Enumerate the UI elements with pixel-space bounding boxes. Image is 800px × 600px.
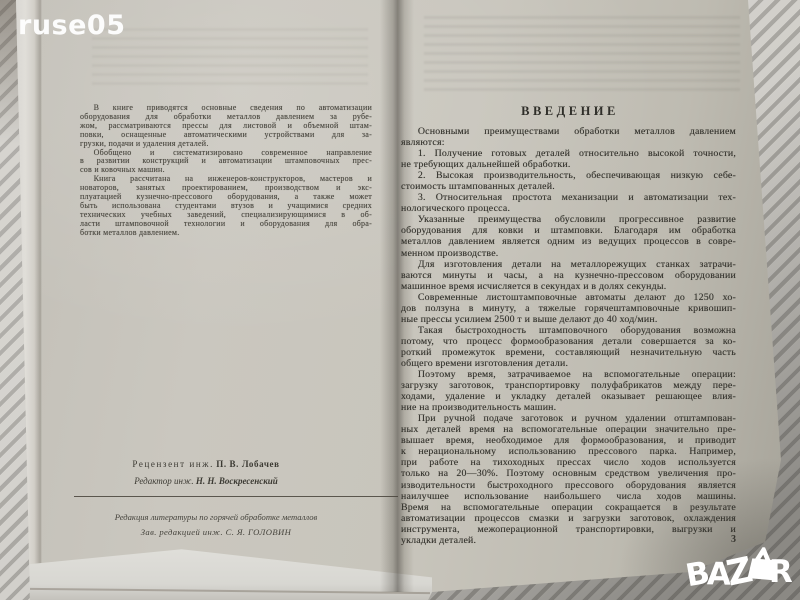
text-line: При ручной подаче заготовок и ручном уда… [401,413,736,424]
text-line: роткий промежуток времени, составляющий … [401,347,736,358]
editorial-head-line: Зав. редакцией инж. С. Я. ГОЛОВИН [66,527,366,537]
introduction-text: Основными преимуществами обработки метал… [401,126,736,546]
text-line: ние на производительность машин. [401,402,736,413]
text-line: являются: [401,137,736,148]
text-line: Для изготовления детали на металлорежущи… [401,259,736,270]
text-line: ваются минуты и часы, а на кузнечно-прес… [401,270,736,281]
text-line: не требующих дальнейшей обработки. [401,159,736,170]
show-through-text-left [92,28,368,90]
text-line: машинное время исчисляется в секундах и … [401,281,736,292]
text-line: вышает время, необходимое для формообраз… [401,435,736,446]
annotation-block: В книге приводятся основные сведения по … [80,104,372,238]
text-line: Такая быстроходность штамповочного обору… [401,325,736,336]
text-line: автоматизации процессов смазки и загрузк… [401,513,736,524]
text-line: потому, что процесс формообразования дет… [401,336,736,347]
text-line: менном производстве. [401,248,736,259]
text-line: Время на вспомогательные операции сокращ… [401,502,736,513]
text-line: дов ползуна в минуту, а тяжелые горячешт… [401,303,736,314]
text-line: только на 20—30%. Поэтому основным средс… [401,468,736,479]
show-through-text-right [424,16,740,94]
text-line: общего времени изготовления детали. [401,358,736,369]
divider-rule [74,496,398,497]
text-line: металлов давлением является одним из вед… [401,236,736,247]
text-line: ботки металлов давлением. [80,229,372,238]
book-cover-edge [14,0,42,600]
text-line: к нерациональному использованию прессово… [401,446,736,457]
editor-line: Редактор инж. Н. Н. Воскресенский [60,476,352,486]
reviewer-name: П. В. Лобачев [216,459,279,469]
editor-label: Редактор инж. [134,476,193,486]
open-book: В книге приводятся основные сведения по … [0,0,800,600]
introduction-heading: ВВЕДЕНИЕ [420,104,720,119]
text-line: изводительности быстроходного прессового… [401,480,736,491]
bazar-logo: BAZR [685,545,800,600]
reviewer-label: Рецензент инж. [132,459,214,469]
text-line: нологического процесса. [401,203,736,214]
text-line: Указанные преимущества обусловили прогре… [401,214,736,225]
text-line: Основными преимуществами обработки метал… [401,126,736,137]
text-line: Поэтому время, затрачиваемое на вспомога… [401,369,736,380]
text-line: ные прессы усилием 2500 т и выше делают … [401,314,736,325]
text-line: оборудования для ковки и штамповки. Благ… [401,225,736,236]
text-line: при работе на тихоходных прессах число х… [401,457,736,468]
editorial-office-line: Редакция литературы по горячей обработке… [66,512,366,522]
text-line: ных деталей время на вспомогательные опе… [401,424,736,435]
text-line: 3. Относительная простота механизации и … [401,192,736,203]
text-line: Современные листоштамповочные автоматы д… [401,292,736,303]
text-line: 1. Получение готовых деталей относительн… [401,148,736,159]
editor-name: Н. Н. Воскресенский [196,476,278,486]
text-line: загрузку заготовок, транспортировку полу… [401,380,736,391]
text-line: наилучшее использование наибольшего числ… [401,491,736,502]
page-number: 3 [731,534,736,545]
logo-letter: R [769,557,793,587]
text-line: стоимость штампованных деталей. [401,181,736,192]
text-line: ходами, удаление и укладку деталей оказы… [401,391,736,402]
text-line: 2. Высокая производительность, обеспечив… [401,170,736,181]
text-line: инструмента, межоперационной транспортир… [401,524,736,535]
seller-watermark: ruse05 [18,10,126,41]
photo-of-open-book: В книге приводятся основные сведения по … [0,0,800,600]
reviewer-line: Рецензент инж. П. В. Лобачев [60,459,352,469]
text-line: укладки деталей. [401,535,736,546]
